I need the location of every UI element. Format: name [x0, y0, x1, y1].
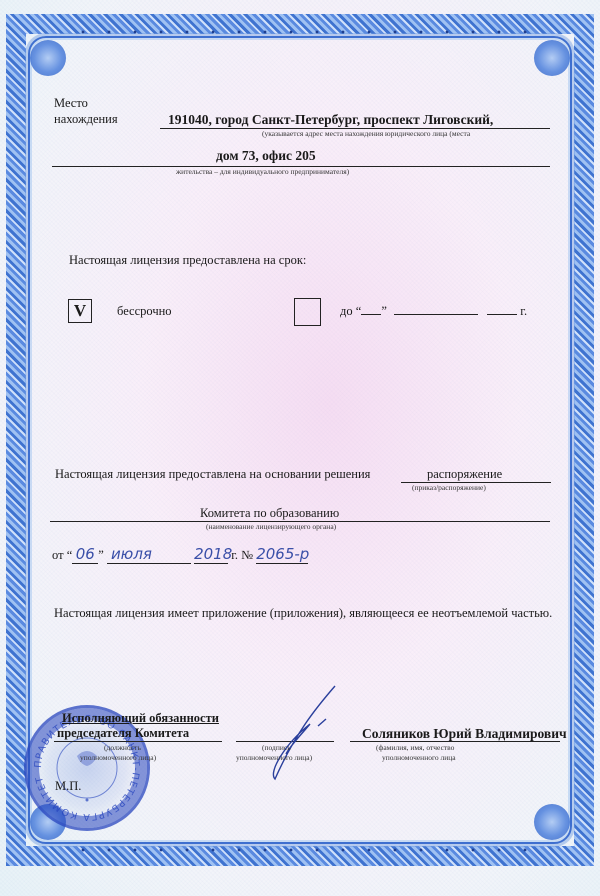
check-mark: V — [74, 301, 86, 321]
until-month-blank — [394, 314, 478, 315]
indefinite-checkbox[interactable]: V — [68, 299, 92, 323]
close-quote: ” — [381, 304, 387, 318]
license-page: Место нахождения 191040, город Санкт-Пет… — [0, 0, 600, 896]
term-heading: Настоящая лицензия предоставлена на срок… — [69, 253, 306, 268]
decision-date-line: от “06” июля 2018 г. № 2065-р — [52, 545, 308, 564]
signer-position-line2: председателя Комитета — [57, 726, 189, 741]
number-prefix: № — [241, 548, 253, 562]
decision-month: июля — [107, 545, 191, 564]
position-rule — [54, 741, 222, 742]
decision-type-hint: (приказ/распоряжение) — [412, 483, 486, 492]
decision-year: 2018 — [194, 545, 228, 564]
appendix-note: Настоящая лицензия имеет приложение (при… — [54, 606, 552, 621]
address-line2: дом 73, офис 205 — [216, 148, 316, 164]
authority-hint: (наименование лицензирующего органа) — [206, 522, 336, 531]
name-rule — [350, 741, 560, 742]
open-quote: “ — [356, 304, 362, 318]
until-year-blank — [487, 314, 517, 315]
signature-hint2: уполномоченного лица) — [236, 753, 312, 762]
until-year-suffix: г. — [520, 304, 527, 318]
address-hint1: (указывается адрес места нахождения юрид… — [262, 129, 470, 138]
date-prefix: от — [52, 548, 64, 562]
border-ornament-bottom — [70, 848, 530, 852]
signer-full-name: Соляников Юрий Владимирович — [362, 726, 567, 742]
position-hint2: уполномоченного лица) — [80, 753, 156, 762]
name-hint1: (фамилия, имя, отчество — [376, 743, 454, 752]
address-hint2: жительства – для индивидуального предпри… — [176, 167, 349, 176]
authority: Комитета по образованию — [200, 506, 339, 521]
signer-position-line1: Исполняющий обязанности — [62, 711, 219, 726]
border-ornament-top — [70, 30, 530, 34]
handwritten-signature-icon — [240, 684, 340, 784]
location-label-line1: Место — [54, 96, 88, 111]
until-day-blank — [361, 314, 381, 315]
until-prefix: до — [340, 304, 353, 318]
indefinite-label: бессрочно — [117, 304, 172, 319]
year-suffix: г. — [231, 548, 238, 562]
corner-rosette-icon — [534, 804, 570, 840]
signature-hint1: (подпись — [262, 743, 291, 752]
location-label-line2: нахождения — [54, 112, 118, 127]
basis-heading: Настоящая лицензия предоставлена на осно… — [55, 467, 370, 482]
seal-placeholder-label: М.П. — [55, 779, 81, 794]
corner-rosette-icon — [534, 40, 570, 76]
name-hint2: уполномоченного лица — [382, 753, 456, 762]
until-date-field: до “” г. — [340, 304, 527, 319]
decision-day: 06 — [72, 545, 98, 564]
until-date-checkbox[interactable] — [294, 298, 321, 326]
corner-rosette-icon — [30, 40, 66, 76]
decision-number: 2065-р — [256, 545, 308, 564]
position-hint1: (должность — [104, 743, 141, 752]
decision-type: распоряжение — [427, 467, 502, 482]
address-line1: 191040, город Санкт-Петербург, проспект … — [168, 112, 493, 128]
